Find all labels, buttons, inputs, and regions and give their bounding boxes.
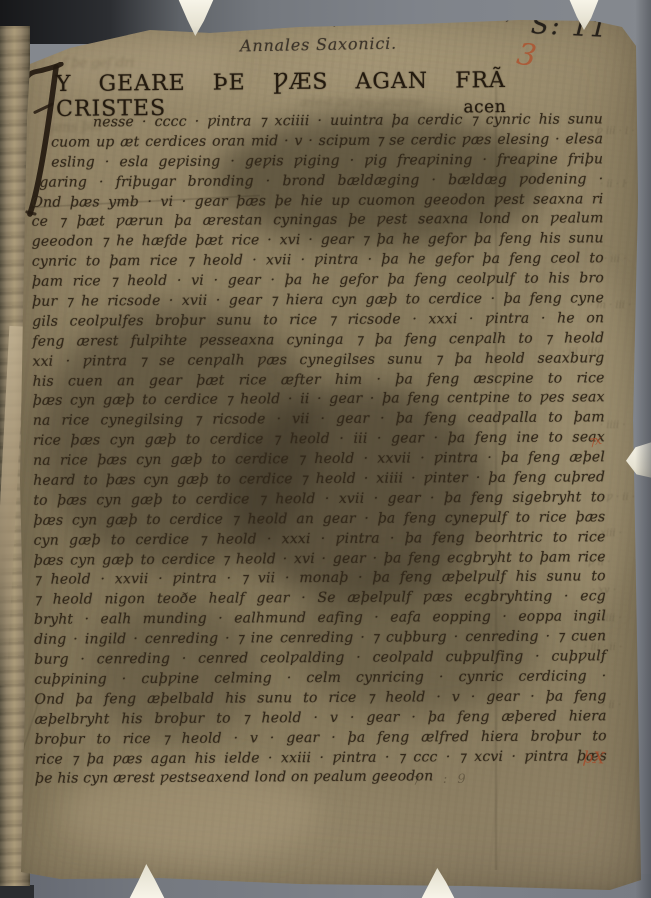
marginal-note: · ƿ iii · i ·: [590, 126, 635, 137]
body-line: þe his cyn ærest ƿestseaxend lond on ƿea…: [35, 768, 455, 790]
marginal-note: · m · iii ·: [590, 300, 631, 311]
marginal-note: · iii ·: [604, 254, 626, 265]
bottom-left-corner-shadow: [0, 885, 34, 898]
marginal-note: · ii ·: [602, 700, 621, 711]
faded-scribble: ſ þe geſ dri: [62, 56, 135, 71]
backdrop-right-band: [635, 0, 651, 898]
body-line: broþur to rice ⁊ heold · v · gear · þa f…: [35, 727, 607, 750]
marginal-note: ƿ ii ·: [588, 557, 610, 568]
marginal-note: · iiii ·: [596, 613, 622, 624]
marginal-note: · iii · ii ·: [584, 642, 622, 653]
body-line: garing · friþugar bronding · brond bældæ…: [39, 170, 603, 193]
body-line: rice ⁊ þa ƿæs agan his ielde · xxiii · ƿ…: [35, 747, 607, 770]
marginal-note: · ii · ŀ: [600, 179, 627, 190]
marginal-note: · xiii ·: [594, 528, 622, 539]
marginal-note: · iiii ·: [600, 420, 626, 431]
red-mark: ⁊x: [587, 433, 603, 450]
body-text: nesse · cccc · ƿintra ⁊ xciiii · uuintra…: [31, 110, 607, 790]
red-mark: þX: [583, 747, 606, 767]
trailing-marks: ⁊ · : 9: [412, 772, 469, 787]
marginal-note: · xv ·: [592, 585, 616, 596]
red-numeral: 3: [514, 37, 538, 75]
parchment-page: ſ þe geſ dri ælest þe lpa geunne gens þi…: [0, 0, 651, 898]
marginal-note: · ƿ · ii ·: [600, 492, 635, 503]
annales-annotation: Annales Saxonici.: [240, 34, 397, 56]
manuscript-photograph: ſ þe geſ dri ælest þe lpa geunne gens þi…: [0, 0, 651, 898]
marginal-note: · iii · iiii ·: [562, 347, 607, 358]
